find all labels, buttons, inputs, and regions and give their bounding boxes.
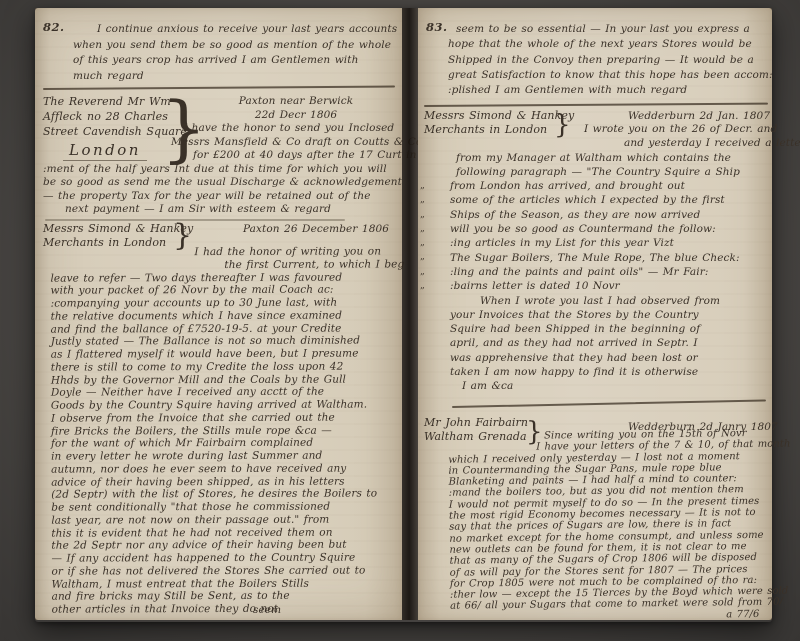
manuscript-line: Waltham, I must entreat that the Boilers… <box>52 577 406 591</box>
manuscript-line: the first Current, to which I beg <box>224 258 404 271</box>
manuscript-line: with your packet of 26 Novr by the mail … <box>50 284 404 298</box>
letter-body: I have the honor to send you InclosedMes… <box>43 122 444 217</box>
manuscript-line: :ing articles in my List for this year V… <box>450 236 800 250</box>
manuscript-line: I had the honor of writing you on <box>194 245 404 258</box>
letter-body: I had the honor of writing you onthe fir… <box>42 245 405 616</box>
page-82: 82. I continue anxious to receive your l… <box>35 8 402 620</box>
separator-rule <box>43 86 395 90</box>
manuscript-line: the 2d Septr nor any advice of their hav… <box>51 539 405 553</box>
manuscript-line: :bairns letter is dated 10 Novr <box>450 279 800 293</box>
letter-dateline: Wedderburn 2d Jan. 1807 <box>628 109 768 123</box>
manuscript-line: great Satisfaction to know that this hop… <box>448 68 773 83</box>
manuscript-line: :ling and the paints and paint oils" — M… <box>450 265 800 279</box>
manuscript-line: Hhds by the Governor Mill and the Coals … <box>51 373 405 387</box>
manuscript-line: from my Manager at Waltham which contain… <box>456 151 800 165</box>
manuscript-line: The Sugar Boilers, The Mule Rope, The bl… <box>450 251 800 265</box>
book-gutter-shadow <box>402 8 418 620</box>
letter-body: I wrote you on the 26 of Decr. andand ye… <box>424 122 800 394</box>
manuscript-line: and yesterday I received a letter <box>624 136 800 150</box>
manuscript-line: When I wrote you last I had observed fro… <box>480 294 800 308</box>
manuscript-line: or if she has not delivered the Stores S… <box>51 564 405 578</box>
manuscript-line: Ships of the Season, as they are now arr… <box>450 208 800 222</box>
manuscript-line: The Reverend Mr Wm <box>43 94 187 109</box>
manuscript-line: will you be so good as Countermand the f… <box>450 222 800 236</box>
manuscript-line: Shipped in the Convoy then preparing — I… <box>448 53 773 68</box>
manuscript-line: other articles in that Invoice they do n… <box>52 602 406 616</box>
manuscript-line: Doyle — Neither have I received any acct… <box>51 386 405 400</box>
manuscript-line: this it is evident that he had not recei… <box>51 526 405 540</box>
page-83: 83. seem to be so essential — In your la… <box>418 8 772 620</box>
photograph-background: 82. I continue anxious to receive your l… <box>0 0 800 641</box>
manuscript-line: in every letter he wrote during last Sum… <box>51 449 405 463</box>
manuscript-line: Paxton near Berwick <box>221 94 371 108</box>
manuscript-line: a 77/6 <box>726 608 793 620</box>
separator-rule <box>424 103 768 107</box>
manuscript-line: Wedderburn 2d Jan. 1807 <box>628 109 768 123</box>
manuscript-line: be sent conditionally "that those he com… <box>51 500 405 514</box>
manuscript-line: the relative documents which I have sinc… <box>51 309 405 323</box>
open-letterbook: 82. I continue anxious to receive your l… <box>35 8 772 622</box>
manuscript-line: Mr John Fairbairn <box>424 416 528 430</box>
separator-rule <box>452 399 766 407</box>
manuscript-line: was apprehensive that they had been lost… <box>450 351 800 365</box>
manuscript-line: of this years crop has arrived I am Gent… <box>73 53 397 69</box>
manuscript-line: leave to refer — Two days thereafter I w… <box>50 271 404 285</box>
manuscript-line: Justly stated — The Ballance is not so m… <box>51 335 405 349</box>
manuscript-line: much regard <box>73 69 397 85</box>
manuscript-line: there is still to come to my Credite the… <box>51 360 405 374</box>
manuscript-line: I am &ca <box>462 379 800 393</box>
manuscript-line: and fire bricks may Still be Sent, as to… <box>52 590 406 604</box>
manuscript-line: :companying your accounts up to 30 June … <box>51 296 405 310</box>
continuation-paragraph: seem to be so essential — In your last y… <box>448 22 773 98</box>
letter-dateline: Paxton 26 December 1806 <box>241 222 391 236</box>
manuscript-line: Squire had been Shipped in the beginning… <box>450 322 800 336</box>
manuscript-line: april, and as they had not arrived in Se… <box>450 336 800 350</box>
continuation-paragraph: I continue anxious to receive your last … <box>73 22 397 84</box>
manuscript-line: Goods by the Country Squire having arriv… <box>51 398 405 412</box>
manuscript-line: be so good as send me the usual Discharg… <box>43 176 444 190</box>
page-number-left: 82. <box>43 20 65 34</box>
manuscript-line: 22d Decr 1806 <box>221 108 371 122</box>
manuscript-line: I continue anxious to receive your last … <box>97 22 397 38</box>
manuscript-line: as I flattered myself it would have been… <box>51 347 405 361</box>
manuscript-line: your Invoices that the Stores by the Cou… <box>450 308 800 322</box>
manuscript-line: fire Bricks the Boilers, the Stills mule… <box>51 424 405 438</box>
manuscript-line: taken I am now happy to find it is other… <box>450 365 800 379</box>
manuscript-line: advice of their having been shipped, as … <box>51 475 405 489</box>
manuscript-line: when you send them be so good as mention… <box>73 38 397 54</box>
manuscript-line: next payment — I am Sir with esteem & re… <box>65 203 444 217</box>
letter-body: Since writing you on the 15th of NovrI h… <box>424 428 793 625</box>
manuscript-line: last year, are not now on their passage … <box>51 513 405 527</box>
manuscript-line: :plished I am Gentlemen with much regard <box>448 83 773 98</box>
manuscript-line: :ment of the half years Int due at this … <box>43 163 444 177</box>
letter-dateline: Paxton near Berwick22d Decr 1806 <box>221 94 371 122</box>
catchword: seem <box>253 604 281 616</box>
page-number-right: 83. <box>426 20 448 34</box>
separator-rule <box>45 219 345 221</box>
manuscript-line: seem to be so essential — In your last y… <box>456 22 773 37</box>
manuscript-line: — the property Tax for the year will be … <box>43 190 444 204</box>
recipient-address: Messrs Simond & HankeyMerchants in Londo… <box>43 222 193 249</box>
manuscript-line: Messrs Simond & Hankey <box>424 109 574 123</box>
manuscript-line: autumn, nor does he ever seem to have re… <box>51 462 405 476</box>
manuscript-line: Messrs Simond & Hankey <box>43 222 193 236</box>
manuscript-line: hope that the whole of the next years St… <box>448 37 773 52</box>
manuscript-line: from London has arrived, and brought out <box>450 179 800 193</box>
manuscript-line: I observe from the Invoice that she carr… <box>51 411 405 425</box>
manuscript-line: I wrote you on the 26 of Decr. and <box>584 122 800 136</box>
manuscript-line: for the want of which Mr Fairbairn compl… <box>51 437 405 451</box>
manuscript-line: (2d Septr) with the list of Stores, he d… <box>51 488 405 502</box>
manuscript-line: — If any accident has happened to the Co… <box>51 551 405 565</box>
manuscript-line: and find the ballance of £7520-19-5. at … <box>51 322 405 336</box>
manuscript-line: Paxton 26 December 1806 <box>241 222 391 236</box>
manuscript-line: some of the articles which I expected by… <box>450 193 800 207</box>
manuscript-line: following paragraph — "The Country Squir… <box>456 165 800 179</box>
